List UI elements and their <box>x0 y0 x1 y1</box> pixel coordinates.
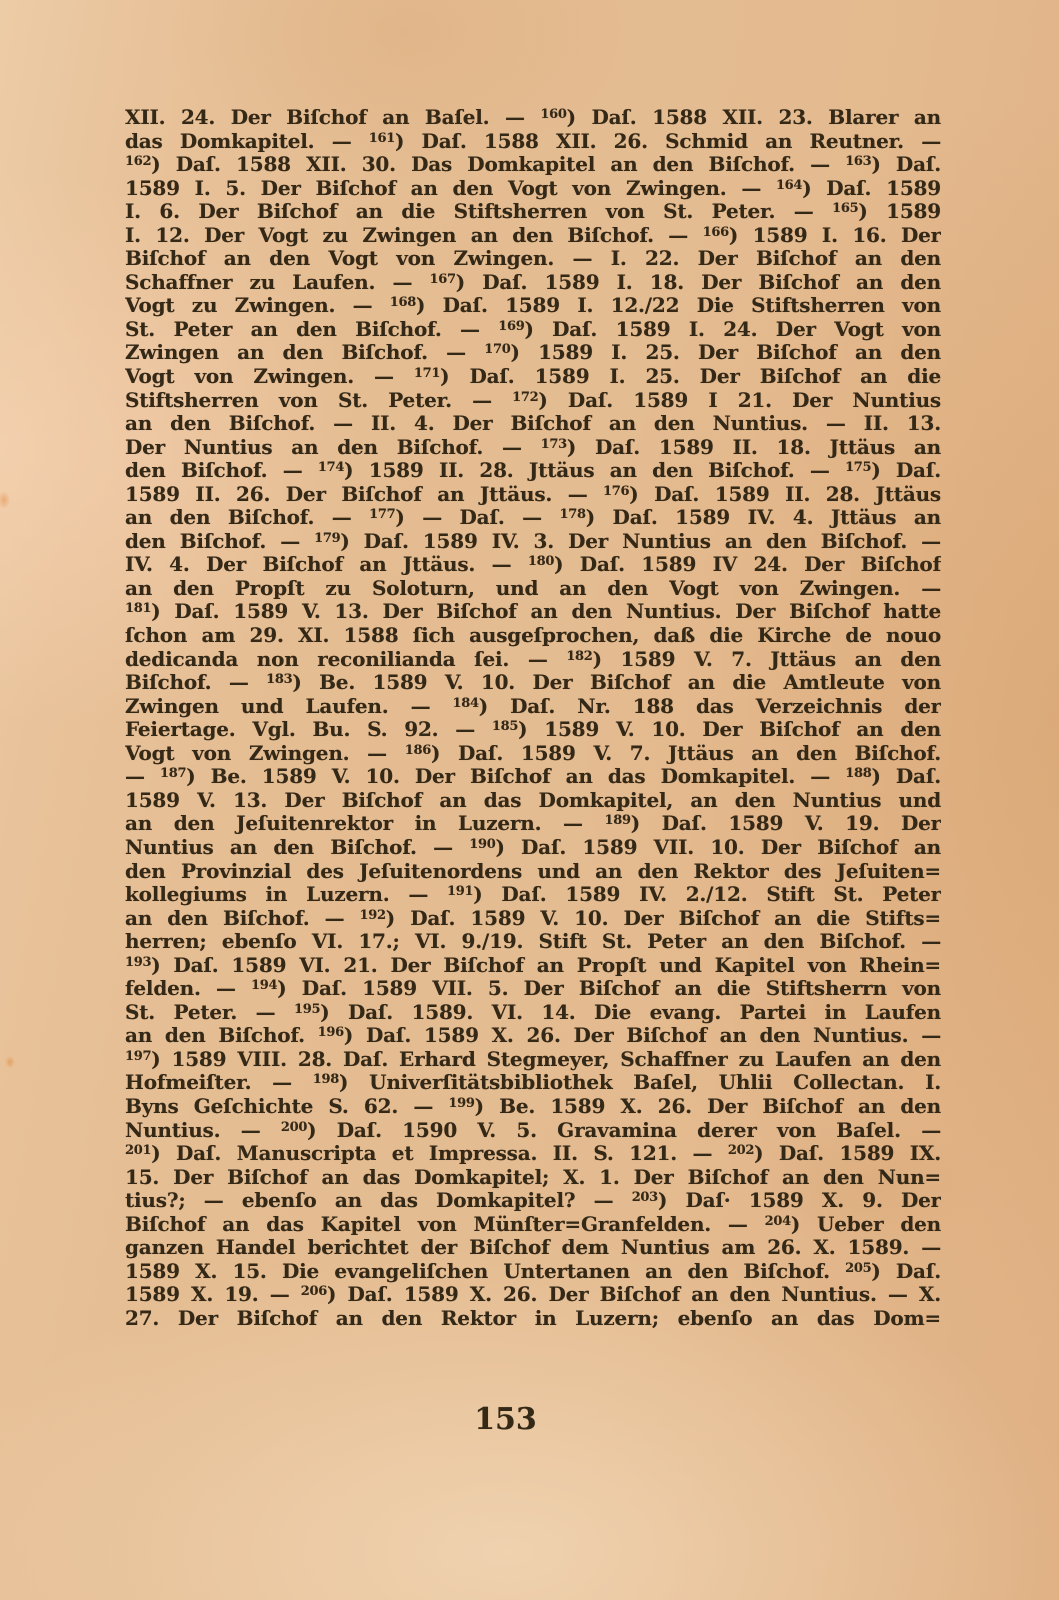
footnote-ref: 204 <box>765 1214 791 1229</box>
footnote-ref: 161 <box>369 131 395 146</box>
footnote-ref: 187 <box>160 766 186 781</box>
footnote-ref: 194 <box>251 978 277 993</box>
text-line: Biſchof an den Vogt von Zwingen. — I. 22… <box>125 247 941 271</box>
text-line: Zwingen an den Biſchof. — 170) 1589 I. 2… <box>125 341 941 365</box>
text-line: 162) Daſ. 1588 XII. 30. Das Domkapitel a… <box>125 153 941 177</box>
footnote-ref: 167 <box>430 272 456 287</box>
text-line: dedicanda non reconilianda ſei. — 182) 1… <box>125 648 941 672</box>
footnote-ref: 201 <box>125 1143 151 1158</box>
text-line: den Provinzial des Jeſuitenordens und an… <box>125 860 941 884</box>
text-line: an den Biſchof. — II. 4. Der Biſchof an … <box>125 412 941 436</box>
footnote-ref: 205 <box>845 1261 871 1276</box>
text-line: Feiertage. Vgl. Bu. S. 92. — 185) 1589 V… <box>125 718 941 742</box>
text-line: Nuntius an den Biſchof. — 190) Daſ. 1589… <box>125 836 941 860</box>
text-line: 1589 X. 15. Die evangeliſchen Untertanen… <box>125 1260 941 1284</box>
text-line: an den Biſchof. — 192) Daſ. 1589 V. 10. … <box>125 907 941 931</box>
footnote-ref: 180 <box>528 554 554 569</box>
text-line: Stiftsherren von St. Peter. — 172) Daſ. … <box>125 389 941 413</box>
text-line: I. 12. Der Vogt zu Zwingen an den Biſcho… <box>125 224 941 248</box>
footnote-ref: 164 <box>776 178 802 193</box>
text-line: den Biſchof. — 174) 1589 II. 28. Jttäus … <box>125 459 941 483</box>
text-line: ſchon am 29. XI. 1588 ſich ausgeſprochen… <box>125 624 941 648</box>
text-line: an den Biſchof. — 177) — Daſ. — 178) Daſ… <box>125 506 941 530</box>
text-line: Vogt von Zwingen. — 186) Daſ. 1589 V. 7.… <box>125 742 941 766</box>
footnote-ref: 192 <box>360 908 386 923</box>
text-line: an den Biſchof. 196) Daſ. 1589 X. 26. De… <box>125 1024 941 1048</box>
text-line: 197) 1589 VIII. 28. Daſ. Erhard Stegmeye… <box>125 1048 941 1072</box>
footnote-ref: 162 <box>125 154 151 169</box>
footnote-ref: 181 <box>125 601 151 616</box>
footnote-ref: 196 <box>318 1025 344 1040</box>
text-line: tius?; — ebenſo an das Domkapitel? — 203… <box>125 1189 941 1213</box>
footnote-ref: 198 <box>313 1072 339 1087</box>
footnote-ref: 163 <box>845 154 871 169</box>
footnote-ref: 165 <box>832 201 858 216</box>
text-line: Vogt von Zwingen. — 171) Daſ. 1589 I. 25… <box>125 365 941 389</box>
footnote-ref: 195 <box>294 1002 320 1017</box>
footnote-ref: 175 <box>845 460 871 475</box>
text-line: Biſchof. — 183) Be. 1589 V. 10. Der Biſc… <box>125 671 941 695</box>
page-number: 153 <box>0 1402 1011 1437</box>
footnote-ref: 177 <box>369 507 395 522</box>
text-line: Nuntius. — 200) Daſ. 1590 V. 5. Gravamin… <box>125 1119 941 1143</box>
footnote-ref: 190 <box>469 837 495 852</box>
footnote-ref: 193 <box>125 955 151 970</box>
footnote-ref: 189 <box>604 813 630 828</box>
text-line: Zwingen und Laufen. — 184) Daſ. Nr. 188 … <box>125 695 941 719</box>
text-line: felden. — 194) Daſ. 1589 VII. 5. Der Biſ… <box>125 977 941 1001</box>
text-line: herren; ebenſo VI. 17.; VI. 9./19. Stift… <box>125 930 941 954</box>
text-line: das Domkapitel. — 161) Daſ. 1588 XII. 26… <box>125 130 941 154</box>
footnote-ref: 186 <box>405 743 431 758</box>
text-line: den Biſchof. — 179) Daſ. 1589 IV. 3. Der… <box>125 530 941 554</box>
footnote-ref: 185 <box>492 719 518 734</box>
footnote-ref: 182 <box>566 649 592 664</box>
text-line: 1589 X. 19. — 206) Daſ. 1589 X. 26. Der … <box>125 1283 941 1307</box>
footnote-ref: 174 <box>318 460 344 475</box>
text-line: Der Nuntius an den Biſchof. — 173) Daſ. … <box>125 436 941 460</box>
footnote-ref: 203 <box>632 1190 658 1205</box>
footnote-ref: 172 <box>512 390 538 405</box>
footnote-ref: 183 <box>266 672 292 687</box>
footnote-ref: 206 <box>301 1284 327 1299</box>
text-line: 15. Der Biſchof an das Domkapitel; X. 1.… <box>125 1166 941 1190</box>
text-line: XII. 24. Der Biſchof an Baſel. — 160) Da… <box>125 106 941 130</box>
text-line: I. 6. Der Biſchof an die Stiftsherren vo… <box>125 200 941 224</box>
footnote-ref: 184 <box>453 696 479 711</box>
footnote-ref: 199 <box>448 1096 474 1111</box>
footnote-ref: 179 <box>314 531 340 546</box>
text-line: 181) Daſ. 1589 V. 13. Der Biſchof an den… <box>125 600 941 624</box>
text-line: 1589 II. 26. Der Biſchof an Jttäus. — 17… <box>125 483 941 507</box>
footnote-ref: 176 <box>603 484 629 499</box>
text-line: St. Peter an den Biſchof. — 169) Daſ. 15… <box>125 318 941 342</box>
text-line: 1589 V. 13. Der Biſchof an das Domkapite… <box>125 789 941 813</box>
footnote-ref: 178 <box>560 507 586 522</box>
footnote-ref: 166 <box>703 225 729 240</box>
text-line: 27. Der Biſchof an den Rektor in Luzern;… <box>125 1307 941 1331</box>
text-line: Byns Geſchichte S. 62. — 199) Be. 1589 X… <box>125 1095 941 1119</box>
text-line: Vogt zu Zwingen. — 168) Daſ. 1589 I. 12.… <box>125 294 941 318</box>
text-line: Hofmeiſter. — 198) Univerſitätsbibliothe… <box>125 1071 941 1095</box>
text-line: 1589 I. 5. Der Biſchof an den Vogt von Z… <box>125 177 941 201</box>
text-line: 201) Daſ. Manuscripta et Impressa. II. S… <box>125 1142 941 1166</box>
footnote-ref: 191 <box>447 884 473 899</box>
footnotes-text: XII. 24. Der Biſchof an Baſel. — 160) Da… <box>125 106 941 1330</box>
footnote-ref: 160 <box>540 107 566 122</box>
footnote-ref: 197 <box>125 1049 151 1064</box>
text-line: — 187) Be. 1589 V. 10. Der Biſchof an da… <box>125 765 941 789</box>
text-line: St. Peter. — 195) Daſ. 1589. VI. 14. Die… <box>125 1001 941 1025</box>
text-line: ganzen Handel berichtet der Biſchof dem … <box>125 1236 941 1260</box>
text-line: kollegiums in Luzern. — 191) Daſ. 1589 I… <box>125 883 941 907</box>
footnote-ref: 202 <box>728 1143 754 1158</box>
footnote-ref: 173 <box>541 437 567 452</box>
text-line: an den Jeſuitenrektor in Luzern. — 189) … <box>125 812 941 836</box>
book-page: XII. 24. Der Biſchof an Baſel. — 160) Da… <box>0 0 1059 1600</box>
footnote-ref: 168 <box>390 295 416 310</box>
footnote-ref: 170 <box>484 342 510 357</box>
footnote-ref: 171 <box>414 366 440 381</box>
footnote-ref: 188 <box>845 766 871 781</box>
text-line: Schaffner zu Laufen. — 167) Daſ. 1589 I.… <box>125 271 941 295</box>
text-line: an den Propſt zu Soloturn, und an den Vo… <box>125 577 941 601</box>
footnote-ref: 169 <box>498 319 524 334</box>
text-line: Biſchof an das Kapitel von Münſter=Granf… <box>125 1213 941 1237</box>
text-line: 193) Daſ. 1589 VI. 21. Der Biſchof an Pr… <box>125 954 941 978</box>
footnote-ref: 200 <box>281 1120 307 1135</box>
text-line: IV. 4. Der Biſchof an Jttäus. — 180) Daſ… <box>125 553 941 577</box>
